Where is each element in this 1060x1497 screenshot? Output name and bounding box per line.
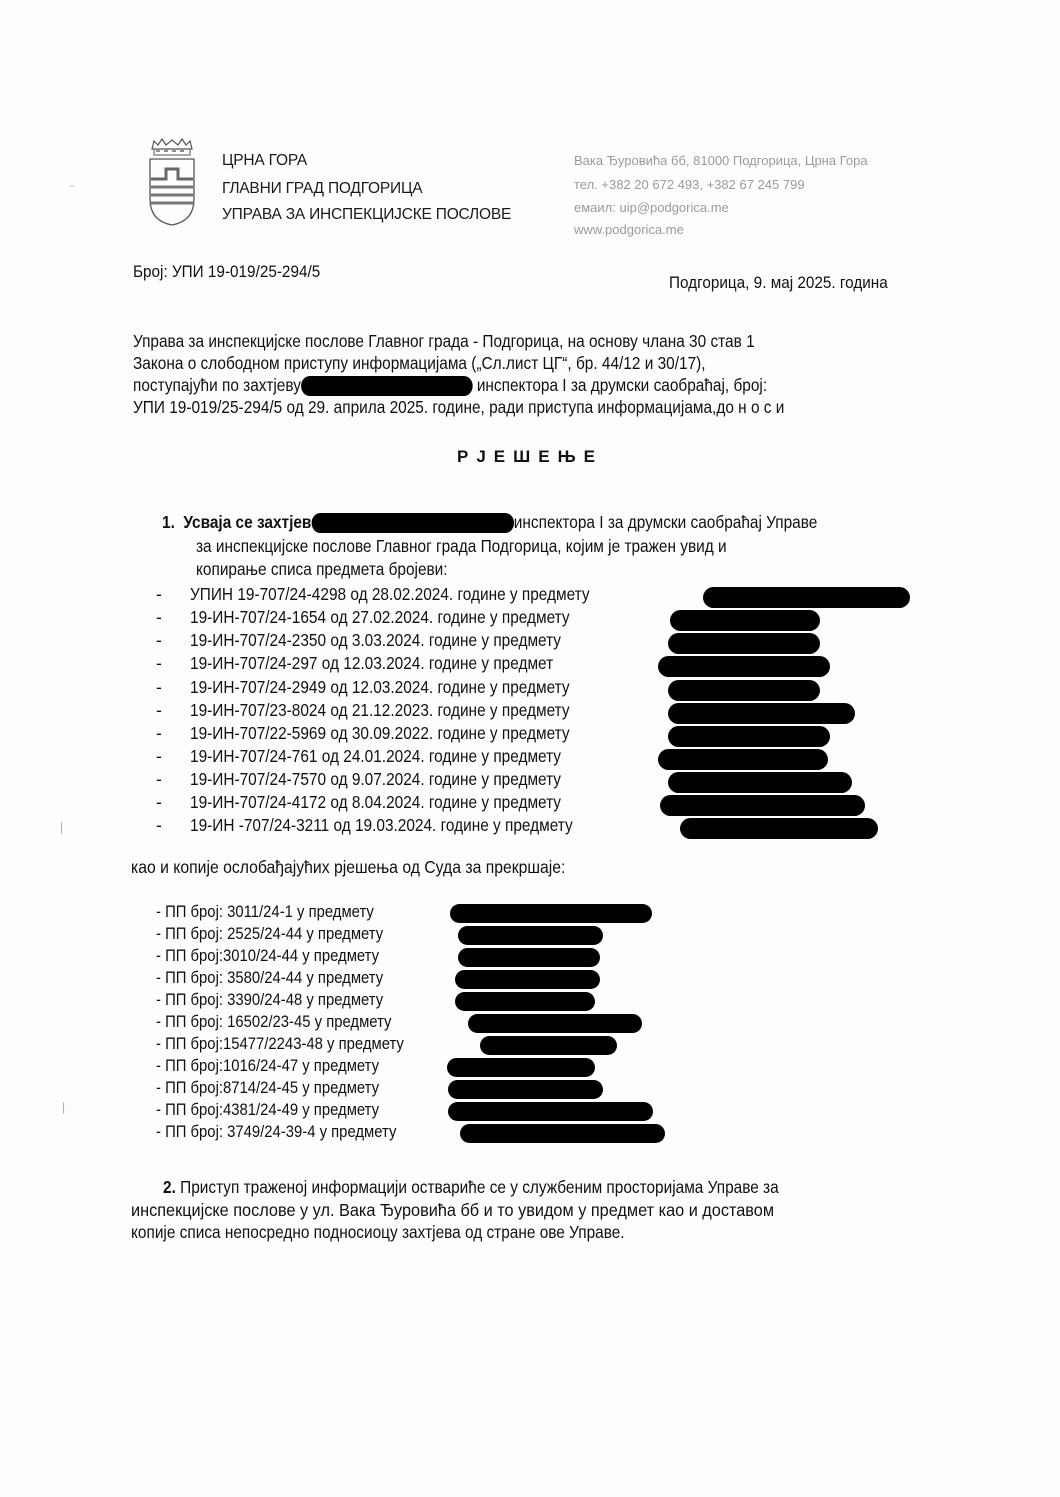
case-list-item: -19-ИН-707/24-761 од 24.01.2024. године … bbox=[156, 745, 612, 768]
reference-number: Број: УПИ 19-019/25-294/5 bbox=[133, 262, 320, 282]
court-decision-item: - ПП број:4381/24-49 у предмету bbox=[156, 1100, 404, 1121]
scan-mark: | bbox=[62, 1100, 65, 1114]
redaction bbox=[448, 1080, 603, 1099]
contact-address: Вака Ђуровића бб, 81000 Подгорица, Црна … bbox=[574, 153, 868, 168]
redaction bbox=[447, 1058, 595, 1077]
bullet-dash: - bbox=[156, 814, 190, 837]
court-decision-reference: - ПП број: 3580/24-44 у предмету bbox=[156, 968, 383, 989]
case-list-item: -УПИН 19-707/24-4298 од 28.02.2024. годи… bbox=[156, 583, 644, 606]
court-decision-reference: - ПП број: 16502/23-45 у предмету bbox=[156, 1012, 391, 1033]
item2-line-1: 2. Приступ траженој информацији остварић… bbox=[163, 1177, 779, 1198]
court-decision-reference: - ПП број:4381/24-49 у предмету bbox=[156, 1100, 379, 1121]
court-decision-reference: - ПП број:15477/2243-48 у предмету bbox=[156, 1034, 404, 1055]
item2-line-2: инспекцијске послове у ул. Вака Ђуровића… bbox=[131, 1200, 774, 1221]
court-decision-item: - ПП број: 3580/24-44 у предмету bbox=[156, 968, 408, 989]
place-date: Подгорица, 9. мај 2025. година bbox=[669, 273, 888, 293]
court-decision-item: - ПП број:15477/2243-48 у предмету bbox=[156, 1034, 431, 1055]
decision-title: РЈЕШЕЊЕ bbox=[0, 447, 1060, 467]
coat-of-arms-icon bbox=[146, 137, 198, 227]
bullet-dash: - bbox=[156, 606, 190, 629]
redaction bbox=[455, 992, 595, 1011]
redaction bbox=[448, 1102, 653, 1121]
court-decision-item: - ПП број:1016/24-47 у предмету bbox=[156, 1056, 404, 1077]
court-decision-item: - ПП број:8714/24-45 у предмету bbox=[156, 1078, 404, 1099]
case-reference: 19-ИН-707/22-5969 од 30.09.2022. године … bbox=[190, 722, 570, 745]
court-decision-item: - ПП број: 3390/24-48 у предмету bbox=[156, 990, 408, 1011]
case-reference: 19-ИН -707/24-3211 од 19.03.2024. године… bbox=[190, 814, 573, 837]
case-reference: 19-ИН-707/24-1654 од 27.02.2024. године … bbox=[190, 606, 570, 629]
intro-line-4: УПИ 19-019/25-294/5 од 29. априла 2025. … bbox=[133, 396, 862, 418]
case-reference: 19-ИН-707/24-7570 од 9.07.2024. године у… bbox=[190, 768, 561, 791]
item1-line-2: за инспекцијске послове Главног града По… bbox=[196, 536, 727, 557]
header-department: УПРАВА ЗА ИНСПЕКЦИЈСКЕ ПОСЛОВЕ bbox=[222, 206, 511, 224]
court-decision-item: - ПП број: 3011/24-1 у предмету bbox=[156, 902, 398, 923]
redaction bbox=[660, 795, 865, 816]
court-decision-reference: - ПП број: 3011/24-1 у предмету bbox=[156, 902, 374, 923]
header-country: ЦРНА ГОРА bbox=[222, 152, 307, 170]
case-list-item: -19-ИН-707/24-2350 од 3.03.2024. године … bbox=[156, 629, 612, 652]
bullet-dash: - bbox=[156, 745, 190, 768]
item1-first-line: 1. Усваја се захтјевинспектора I за друм… bbox=[162, 512, 817, 533]
item1-line-3: копирање списа предмета бројеви: bbox=[196, 559, 448, 580]
case-reference: 19-ИН-707/23-8024 од 21.12.2023. године … bbox=[190, 699, 570, 722]
case-list-item: -19-ИН-707/24-4172 од 8.04.2024. године … bbox=[156, 791, 612, 814]
item2-line-3: копије списа непосредно подносиоцу захтј… bbox=[131, 1222, 625, 1243]
case-reference: 19-ИН-707/24-761 од 24.01.2024. године у… bbox=[190, 745, 561, 768]
case-list-item: -19-ИН-707/22-5969 од 30.09.2022. године… bbox=[156, 722, 621, 745]
redaction bbox=[458, 926, 603, 945]
court-decision-item: - ПП број: 3749/24-39-4 у предмету bbox=[156, 1122, 423, 1143]
case-list-item: -19-ИН-707/24-7570 од 9.07.2024. године … bbox=[156, 768, 612, 791]
court-decision-reference: - ПП број: 3749/24-39-4 у предмету bbox=[156, 1122, 396, 1143]
bullet-dash: - bbox=[156, 652, 190, 675]
contact-email[interactable]: емаил: uip@podgorica.me bbox=[574, 200, 729, 215]
court-decision-reference: - ПП број: 2525/24-44 у предмету bbox=[156, 924, 383, 945]
intro-line-2: Закона о слободном приступу информацијам… bbox=[133, 352, 862, 374]
bullet-dash: - bbox=[156, 791, 190, 814]
redaction bbox=[668, 772, 852, 793]
redaction bbox=[460, 1124, 665, 1143]
court-decision-reference: - ПП број:8714/24-45 у предмету bbox=[156, 1078, 379, 1099]
court-decision-item: - ПП број: 16502/23-45 у предмету bbox=[156, 1012, 418, 1033]
redaction bbox=[301, 376, 473, 396]
redaction bbox=[680, 818, 878, 839]
bullet-dash: - bbox=[156, 676, 190, 699]
redaction bbox=[468, 1014, 642, 1033]
court-intro: као и копије ослобађајућих рјешења од Су… bbox=[131, 857, 565, 878]
court-decision-reference: - ПП број: 3390/24-48 у предмету bbox=[156, 990, 383, 1011]
bullet-dash: - bbox=[156, 629, 190, 652]
redaction bbox=[668, 726, 830, 747]
redaction bbox=[658, 749, 828, 770]
redaction bbox=[450, 904, 652, 923]
bullet-dash: - bbox=[156, 768, 190, 791]
bullet-dash: - bbox=[156, 722, 190, 745]
contact-phone: тел. +382 20 672 493, +382 67 245 799 bbox=[574, 177, 805, 192]
court-decision-reference: - ПП број:1016/24-47 у предмету bbox=[156, 1056, 379, 1077]
court-decision-reference: - ПП број:3010/24-44 у предмету bbox=[156, 946, 379, 967]
redaction bbox=[311, 513, 513, 533]
court-decision-item: - ПП број:3010/24-44 у предмету bbox=[156, 946, 404, 967]
redaction bbox=[668, 680, 820, 701]
redaction bbox=[480, 1036, 617, 1055]
contact-website[interactable]: www.podgorica.me bbox=[574, 222, 684, 237]
case-list-item: -19-ИН-707/24-297 од 12.03.2024. године … bbox=[156, 652, 603, 675]
case-reference: 19-ИН-707/24-297 од 12.03.2024. године у… bbox=[190, 652, 553, 675]
case-reference: УПИН 19-707/24-4298 од 28.02.2024. годин… bbox=[190, 583, 590, 606]
scan-mark: - bbox=[70, 178, 74, 192]
case-list-item: -19-ИН -707/24-3211 од 19.03.2024. годин… bbox=[156, 814, 625, 837]
case-reference: 19-ИН-707/24-2350 од 3.03.2024. године у… bbox=[190, 629, 561, 652]
case-list-item: -19-ИН-707/23-8024 од 21.12.2023. године… bbox=[156, 699, 621, 722]
intro-paragraph: Управа за инспекцијске послове Главног г… bbox=[133, 330, 961, 418]
redaction bbox=[668, 703, 855, 724]
redaction bbox=[670, 610, 820, 631]
redaction bbox=[658, 656, 830, 677]
case-list-item: -19-ИН-707/24-2949 од 12.03.2024. године… bbox=[156, 676, 621, 699]
bullet-dash: - bbox=[156, 583, 190, 606]
intro-line-1: Управа за инспекцијске послове Главног г… bbox=[133, 330, 862, 352]
bullet-dash: - bbox=[156, 699, 190, 722]
case-list-item: -19-ИН-707/24-1654 од 27.02.2024. године… bbox=[156, 606, 621, 629]
case-reference: 19-ИН-707/24-2949 од 12.03.2024. године … bbox=[190, 676, 570, 699]
redaction bbox=[703, 587, 910, 608]
case-reference: 19-ИН-707/24-4172 од 8.04.2024. године у… bbox=[190, 791, 561, 814]
court-decision-item: - ПП број: 2525/24-44 у предмету bbox=[156, 924, 408, 945]
scan-mark: | bbox=[60, 820, 63, 834]
intro-line-3: поступајући по захтјеву инспектора I за … bbox=[133, 374, 862, 396]
redaction bbox=[668, 633, 820, 654]
redaction bbox=[458, 948, 600, 967]
header-city: ГЛАВНИ ГРАД ПОДГОРИЦА bbox=[222, 180, 422, 198]
redaction bbox=[455, 970, 600, 989]
